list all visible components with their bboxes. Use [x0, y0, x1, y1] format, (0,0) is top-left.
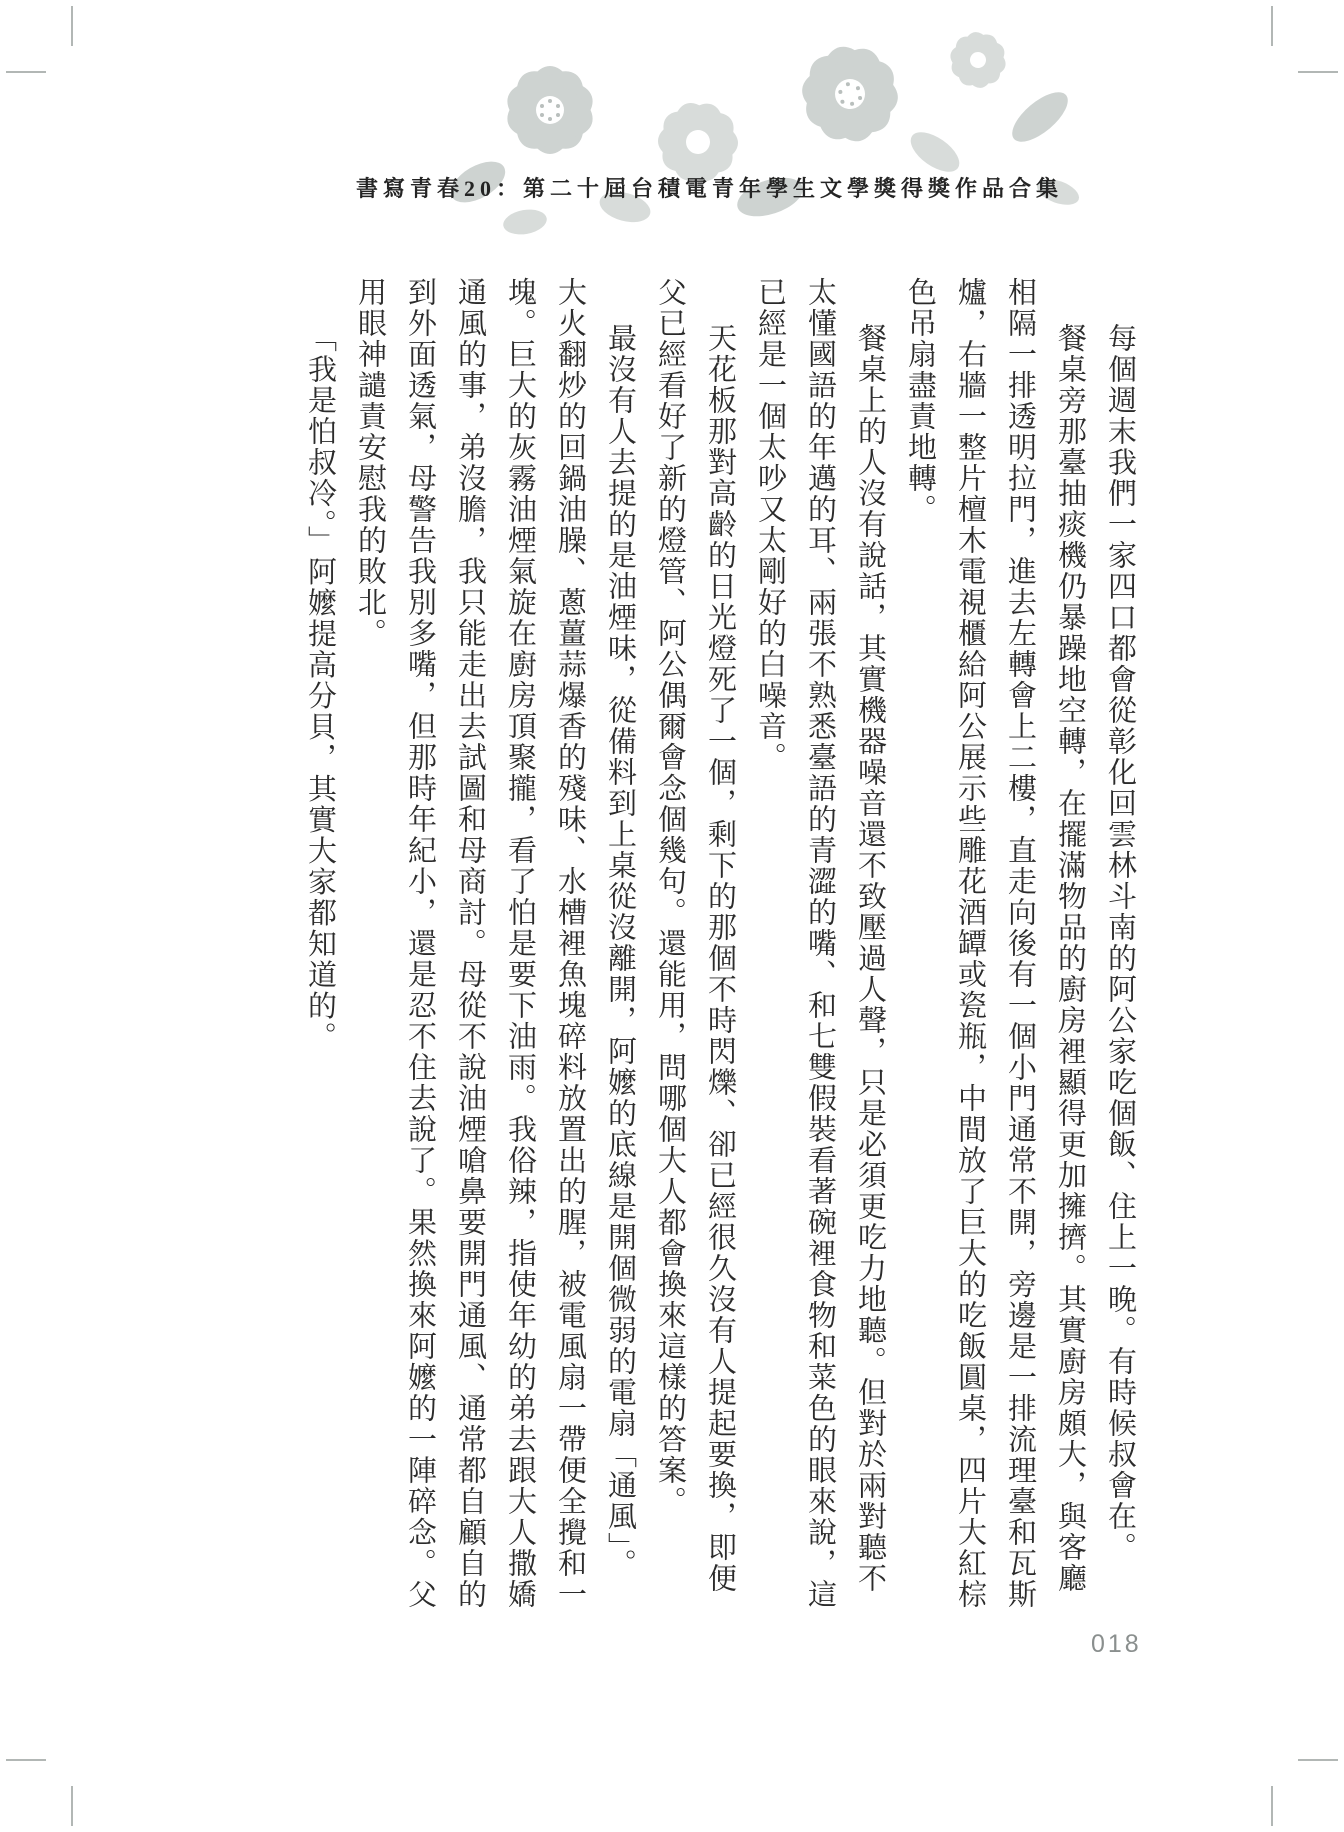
text-column: 每個週末我們一家四口都會從彰化回雲林斗南的阿公家吃個飯、住上一晚。有時候叔會在。	[1095, 277, 1145, 1617]
text-column: 「我是怕叔冷。」阿嬤提高分貝，其實大家都知道的。	[295, 277, 345, 1617]
body-text: 每個週末我們一家四口都會從彰化回雲林斗南的阿公家吃個飯、住上一晚。有時候叔會在。…	[293, 277, 1145, 1617]
text-column: 最沒有人去提的是油煙味，從備料到上桌從沒離開，阿嬤的底線是開個微弱的電扇「通風」…	[595, 277, 645, 1617]
text-column: 色吊扇盡責地轉。	[895, 277, 945, 1617]
page-number: 018	[1091, 1630, 1142, 1659]
text-column: 大火翻炒的回鍋油臊、蔥薑蒜爆香的殘味、水槽裡魚塊碎料放置出的腥，被電風扇一帶便全…	[545, 277, 595, 1617]
crop-mark-top-left-horizontal	[6, 71, 46, 73]
text-column: 用眼神譴責安慰我的敗北。	[345, 277, 395, 1617]
paragraph: 餐桌旁那臺抽痰機仍暴躁地空轉，在擺滿物品的廚房裡顯得更加擁擠。其實廚房頗大，與客…	[895, 277, 1095, 1617]
crop-mark-bottom-left-vertical	[71, 1786, 73, 1826]
text-column: 太懂國語的年邁的耳、兩張不熟悉臺語的青澀的嘴、和七雙假裝看著碗裡食物和菜色的眼來…	[795, 277, 845, 1617]
crop-mark-top-right-vertical	[1271, 6, 1273, 46]
text-column: 父已經看好了新的燈管、阿公偶爾會念個幾句。還能用，問哪個大人都會換來這樣的答案。	[645, 277, 695, 1617]
text-column: 爐，右牆一整片檀木電視櫃給阿公展示些雕花酒罈或瓷瓶，中間放了巨大的吃飯圓桌，四片…	[945, 277, 995, 1617]
crop-mark-top-left-vertical	[71, 6, 73, 46]
crop-mark-bottom-right-horizontal	[1298, 1759, 1338, 1761]
paragraph: 每個週末我們一家四口都會從彰化回雲林斗南的阿公家吃個飯、住上一晚。有時候叔會在。	[1095, 277, 1145, 1617]
paragraph: 天花板那對高齡的日光燈死了一個，剩下的那個不時閃爍、卻已經很久沒有人提起要換，即…	[645, 277, 745, 1617]
flower-watermark-icon	[430, 22, 1090, 237]
text-column: 相隔一排透明拉門，進去左轉會上二樓，直走向後有一個小門通常不開，旁邊是一排流理臺…	[995, 277, 1045, 1617]
paragraph: 餐桌上的人沒有說話，其實機器噪音還不致壓過人聲，只是必須更吃力地聽。但對於兩對聽…	[745, 277, 895, 1617]
text-column: 天花板那對高齡的日光燈死了一個，剩下的那個不時閃爍、卻已經很久沒有人提起要換，即…	[695, 277, 745, 1617]
paragraph: 「我是怕叔冷。」阿嬤提高分貝，其實大家都知道的。	[295, 277, 345, 1617]
text-column: 餐桌旁那臺抽痰機仍暴躁地空轉，在擺滿物品的廚房裡顯得更加擁擠。其實廚房頗大，與客…	[1045, 277, 1095, 1617]
paragraph: 最沒有人去提的是油煙味，從備料到上桌從沒離開，阿嬤的底線是開個微弱的電扇「通風」…	[345, 277, 645, 1617]
crop-mark-top-right-horizontal	[1298, 71, 1338, 73]
text-column: 到外面透氣，母警告我別多嘴，但那時年紀小，還是忍不住去說了。果然換來阿嬤的一陣碎…	[395, 277, 445, 1617]
crop-mark-bottom-left-horizontal	[6, 1759, 46, 1761]
text-column: 通風的事，弟沒膽，我只能走出去試圖和母商討。母從不說油煙嗆鼻要開門通風、通常都自…	[445, 277, 495, 1617]
crop-mark-bottom-right-vertical	[1271, 1786, 1273, 1826]
running-head-title: 書寫青春20：第二十屆台積電青年學生文學獎得獎作品合集	[356, 172, 1063, 203]
book-page: 書寫青春20：第二十屆台積電青年學生文學獎得獎作品合集 每個週末我們一家四口都會…	[0, 0, 1344, 1832]
text-column: 餐桌上的人沒有說話，其實機器噪音還不致壓過人聲，只是必須更吃力地聽。但對於兩對聽…	[845, 277, 895, 1617]
text-column: 已經是一個太吵又太剛好的白噪音。	[745, 277, 795, 1617]
text-column: 塊。巨大的灰霧油煙氣旋在廚房頂聚攏，看了怕是要下油雨。我俗辣，指使年幼的弟去跟大…	[495, 277, 545, 1617]
